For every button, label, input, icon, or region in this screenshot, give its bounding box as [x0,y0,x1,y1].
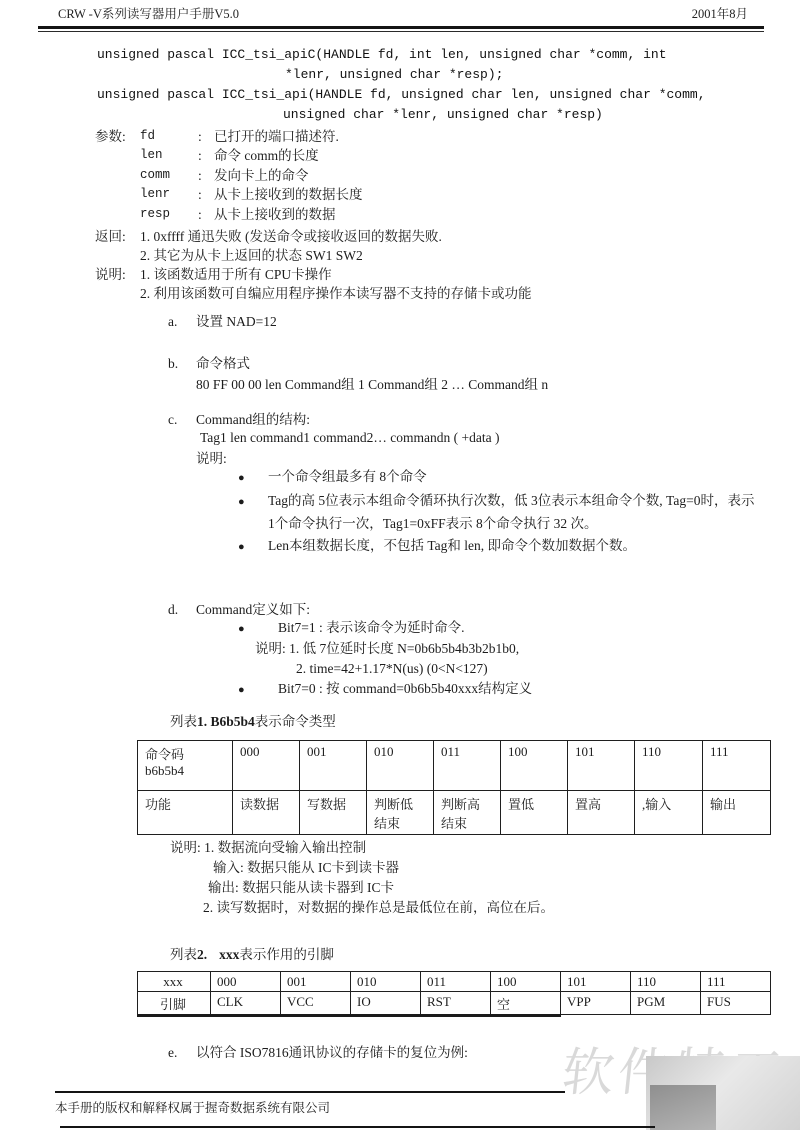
return-row: 2. 其它为从卡上返回的状态 SW1 SW2 [140,246,760,265]
bullet-icon [238,618,278,639]
table1-func-cell: 读数据 [233,791,300,835]
table1-code-cell: 111 [703,741,771,791]
table1-notes: 说明: 1. 数据流向受输入输出控制 输入: 数据只能从 IC卡到读卡器 输出:… [170,838,554,918]
table2-header-cell: xxx [138,972,211,992]
table1-header-line1: 命令码 [145,744,227,763]
header-rule-thick [38,26,764,29]
table2-caption-bold: 2. [197,947,207,962]
item-d-subnote: 说明: 1. 低 7位延时长度 N=0b6b5b4b3b2b1b0, [255,639,760,659]
table1-note-line: 输入: 数据只能从 IC卡到读卡器 [213,858,554,878]
table2-code-cell: 111 [701,972,771,992]
param-row: resp : 从卡上接收到的数据 [140,205,760,224]
table2-code-cell: 110 [631,972,701,992]
doc-date: 2001年8月 [692,4,748,22]
table1-note-text: 1. 数据流向受输入输出控制 [204,840,366,855]
table2-code-cell: 001 [281,972,351,992]
table1-caption-bold: 1. B6b5b4 [197,714,255,729]
param-name: comm [140,166,198,185]
bullet-item: Tag的高 5位表示本组命令循环执行次数，低 3位表示本组命令个数, Tag=0… [238,490,762,536]
table1-caption-suffix: 表示命令类型 [255,714,336,729]
table1-func-cell: 判断低 结束 [367,791,434,835]
return-line: 2. 其它为从卡上返回的状态 SW1 SW2 [140,246,363,265]
item-c-title: Command组的结构: [196,412,310,427]
document-page: CRW -V系列读写器用户手册V5.0 2001年8月 unsigned pas… [0,0,800,1130]
item-d-bullet2: Bit7=0 : 按 command=0b6b5b40xxx结构定义 [278,679,532,700]
list-item-c: c.Command组的结构: Tag1 len command1 command… [168,408,760,467]
table1-code-cell: 011 [434,741,501,791]
param-row: lenr : 从卡上接收到的数据长度 [140,185,760,204]
param-name: fd [140,127,198,146]
code-line-1: unsigned pascal ICC_tsi_apiC(HANDLE fd, … [97,47,667,62]
params-label: 参数: [95,127,140,146]
item-a-text: 设置 NAD=12 [196,314,277,329]
table2-code-cell: 101 [561,972,631,992]
item-c-note-label: 说明: [196,447,760,467]
item-d-sub1: 1. 低 7位延时长度 N=0b6b5b4b3b2b1b0, [289,641,519,656]
table-row: 引脚 CLK VCC IO RST 空 VPP PGM FUS [138,992,771,1015]
param-colon: : [198,205,214,224]
bullet-icon [238,535,268,559]
item-d-sub2: 2. time=42+1.17*N(us) (0<N<127) [296,659,760,679]
table2-pin-cell: IO [351,992,421,1015]
param-name: resp [140,205,198,224]
table2-caption-suffix: 表示作用的引脚 [239,947,334,962]
item-c-body: Tag1 len command1 command2… commandn ( +… [200,430,760,446]
list-item-d: d.Command定义如下: Bit7=1 : 表示该命令为延时命令. 说明: … [168,598,760,700]
item-c-marker: c. [168,412,196,428]
note-row: 2. 利用该函数可自编应用程序操作本读写器不支持的存储卡或功能 [140,284,760,303]
table1-code-cell: 010 [367,741,434,791]
table1-caption: 列表1. B6b5b4表示命令类型 [170,710,336,730]
bullet-icon [238,490,268,536]
item-d-marker: d. [168,602,196,618]
bullet-item: 一个命令组最多有 8个命令 [238,466,762,490]
table1-note-line: 输出: 数据只能从读卡器到 IC卡 [208,878,554,898]
table1-code-cell: 101 [568,741,635,791]
table2-caption: 列表2.xxx表示作用的引脚 [170,943,334,963]
param-desc: 从卡上接收到的数据 [214,205,336,224]
item-e-marker: e. [168,1045,196,1061]
param-desc: 发向卡上的命令 [214,166,309,185]
table1-func-cell: 写数据 [300,791,367,835]
table2-pin-cell: VCC [281,992,351,1015]
bullet-item: Bit7=1 : 表示该命令为延时命令. [238,618,760,639]
table2-pin-cell: FUS [701,992,771,1015]
table-row: 命令码 b6b5b4 000 001 010 011 100 101 110 1… [138,741,771,791]
table2-pin-cell: RST [421,992,491,1015]
table1-code-cell: 001 [300,741,367,791]
table2-pin-cell: PGM [631,992,701,1015]
param-name: lenr [140,185,198,204]
param-desc: 从卡上接收到的数据长度 [214,185,363,204]
table2-caption-prefix: 列表 [170,947,197,962]
bullet-text: Len本组数据长度，不包括 Tag和 len, 即命令个数加数据个数。 [268,535,636,559]
scan-artifact-dark [650,1085,716,1130]
bullet-item: Bit7=0 : 按 command=0b6b5b40xxx结构定义 [238,679,760,700]
table1-code-cell: 100 [501,741,568,791]
item-d-title: Command定义如下: [196,602,310,617]
return-line: 1. 0xffff 通迅失败 (发送命令或接收返回的数据失败. [140,227,442,246]
table-row: xxx 000 001 010 011 100 101 110 111 [138,972,771,992]
table2-code-cell: 010 [351,972,421,992]
param-name: len [140,146,198,165]
table2-rowlabel-cell: 引脚 [138,992,211,1015]
header-rule-thin [38,31,764,32]
bullet-text: Tag的高 5位表示本组命令循环执行次数，低 3位表示本组命令个数, Tag=0… [268,490,762,536]
pin-assignment-table: xxx 000 001 010 011 100 101 110 111 引脚 C… [137,971,771,1015]
returns-label: 返回: [95,227,140,246]
notes-label: 说明: [95,265,140,284]
table1-notes-label: 说明: [170,840,201,855]
footer-rule [55,1091,565,1093]
code-line-3: unsigned pascal ICC_tsi_api(HANDLE fd, u… [97,87,706,102]
item-e-text: 以符合 ISO7816通讯协议的存储卡的复位为例: [196,1045,468,1060]
notes-block: 说明: 1. 该函数适用于所有 CPU卡操作 2. 利用该函数可自编应用程序操作… [95,265,760,304]
item-b-body: 80 FF 00 00 len Command组 1 Command组 2 … … [196,373,760,393]
table2-pin-cell: CLK [211,992,281,1015]
param-colon: : [198,127,214,146]
param-desc: 已打开的端口描述符. [214,127,339,146]
table1-func-cell: ,输入 [635,791,703,835]
item-d-bullet1: Bit7=1 : 表示该命令为延时命令. [278,618,465,639]
table1-func-cell: 置高 [568,791,635,835]
table2-caption-bold2: xxx [219,947,239,962]
table1-rowlabel-cell: 功能 [138,791,233,835]
param-row: 参数: fd : 已打开的端口描述符. [95,127,760,146]
table1-code-cell: 110 [635,741,703,791]
table-row: 功能 读数据 写数据 判断低 结束 判断高 结束 置低 置高 ,输入 输出 [138,791,771,835]
item-a-marker: a. [168,314,196,330]
bullet-item: Len本组数据长度，不包括 Tag和 len, 即命令个数加数据个数。 [238,535,762,559]
item-d-note-label: 说明: [255,641,286,656]
param-colon: : [198,166,214,185]
bullet-icon [238,466,268,490]
item-c-bullet-list: 一个命令组最多有 8个命令 Tag的高 5位表示本组命令循环执行次数，低 3位表… [238,466,762,559]
table2-pin-cell: VPP [561,992,631,1015]
param-row: len : 命令 comm的长度 [140,146,760,165]
table2-code-cell: 011 [421,972,491,992]
table1-func-cell: 输出 [703,791,771,835]
return-row: 返回: 1. 0xffff 通迅失败 (发送命令或接收返回的数据失败. [95,227,760,246]
table1-note-line: 2. 读写数据时，对数据的操作总是最低位在前，高位在后。 [203,898,554,918]
table2-pin-cell: 空 [491,992,561,1015]
list-item-b: b.命令格式 80 FF 00 00 len Command组 1 Comman… [168,352,760,393]
bullet-icon [238,679,278,700]
table1-code-cell: 000 [233,741,300,791]
item-b-title: 命令格式 [196,356,250,371]
command-type-table: 命令码 b6b5b4 000 001 010 011 100 101 110 1… [137,740,771,835]
footer-copyright: 本手册的版权和解释权属于握奇数据系统有限公司 [55,1098,330,1116]
table2-code-cell: 000 [211,972,281,992]
param-colon: : [198,185,214,204]
note-line: 1. 该函数适用于所有 CPU卡操作 [140,265,332,284]
table2-code-cell: 100 [491,972,561,992]
param-colon: : [198,146,214,165]
doc-title: CRW -V系列读写器用户手册V5.0 [58,4,239,22]
table1-func-cell: 判断高 结束 [434,791,501,835]
table1-header-cell: 命令码 b6b5b4 [138,741,233,791]
list-item-a: a.设置 NAD=12 [168,310,760,330]
param-desc: 命令 comm的长度 [214,146,319,165]
table1-func-cell: 置低 [501,791,568,835]
bullet-text: 一个命令组最多有 8个命令 [268,466,427,490]
code-line-4: unsigned char *lenr, unsigned char *resp… [283,107,603,122]
note-row: 说明: 1. 该函数适用于所有 CPU卡操作 [95,265,760,284]
page-header: CRW -V系列读写器用户手册V5.0 2001年8月 [58,4,748,22]
parameters-block: 参数: fd : 已打开的端口描述符. len : 命令 comm的长度 com… [95,127,760,224]
param-row: comm : 发向卡上的命令 [140,166,760,185]
table1-caption-prefix: 列表 [170,714,197,729]
item-b-marker: b. [168,356,196,372]
note-line: 2. 利用该函数可自编应用程序操作本读写器不支持的存储卡或功能 [140,284,532,303]
code-line-2: *lenr, unsigned char *resp); [285,67,503,82]
table2-underline [137,1014,561,1017]
bottom-rule [60,1126,655,1128]
table1-note-line: 说明: 1. 数据流向受输入输出控制 [170,838,554,858]
returns-block: 返回: 1. 0xffff 通迅失败 (发送命令或接收返回的数据失败. 2. 其… [95,227,760,266]
table1-header-line2: b6b5b4 [145,763,227,779]
